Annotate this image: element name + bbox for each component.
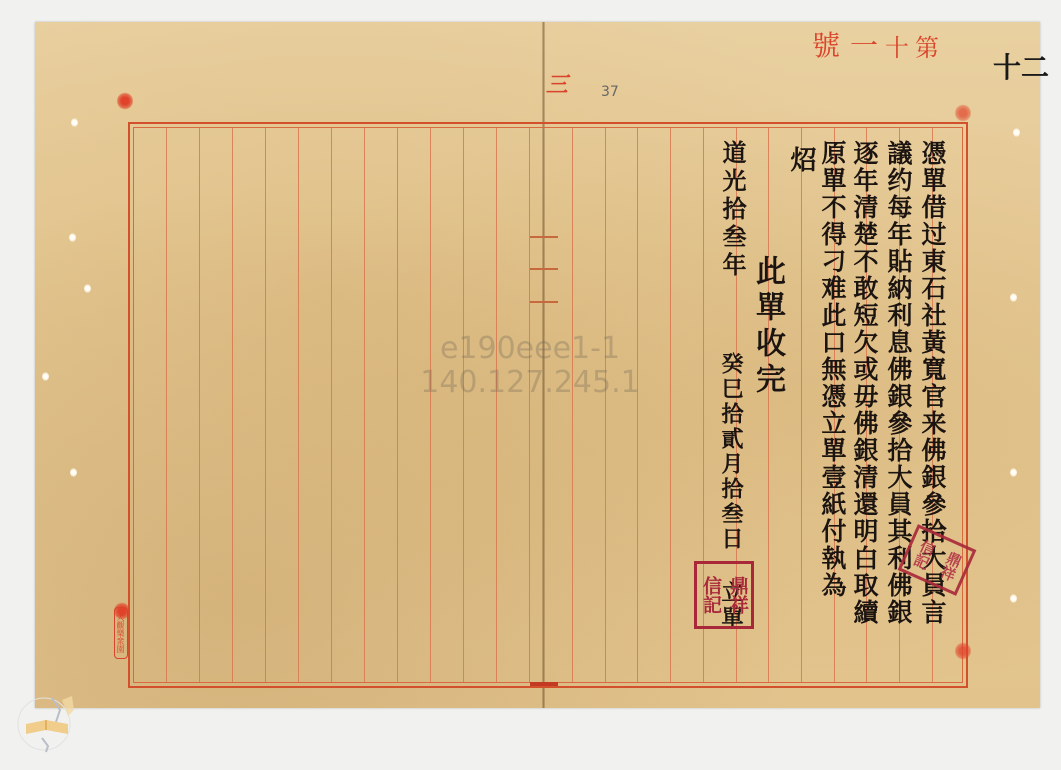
binding-hole [1010, 594, 1017, 603]
binding-hole [1010, 293, 1017, 302]
gutter-crossbar [530, 268, 558, 270]
column-rule-line [364, 128, 365, 682]
gutter-crossbar [530, 236, 558, 238]
binding-hole [84, 284, 91, 293]
red-annotation-di: 第 [915, 28, 939, 63]
binding-hole [71, 118, 78, 127]
gutter-crossbar [530, 301, 558, 303]
contract-column-5: 炤 [788, 146, 814, 174]
page-number: 十二 [993, 46, 1049, 86]
column-rule-line [232, 128, 233, 682]
binding-hole [1013, 128, 1020, 137]
date-line: 道光拾叁年 [720, 140, 744, 280]
column-rule-line [166, 128, 167, 682]
red-annotation-number: 號一 [812, 24, 888, 64]
library-logo-icon [12, 690, 92, 760]
column-rule-line [265, 128, 266, 682]
seal-text-right: 鼎祥 [728, 576, 747, 614]
receipt-completed-note: 此單收完 [752, 255, 782, 399]
gutter-crossbar [530, 682, 558, 686]
column-rule-line [670, 128, 671, 682]
column-rule-line [529, 128, 530, 682]
binding-hole [42, 372, 49, 381]
column-rule-line [496, 128, 497, 682]
seal-text-left: 信記 [701, 576, 720, 614]
red-annotation-ten: 十 [885, 28, 909, 63]
red-seal-mark [955, 642, 971, 660]
seal-text-right: 鼎祥 [937, 549, 963, 583]
contract-column-3: 逐年清楚不敢短欠或毋佛銀清還明白取續 [852, 140, 877, 626]
seal-text-left: 信記 [911, 537, 937, 571]
column-rule-line [430, 128, 431, 682]
red-seal-mark [955, 104, 971, 122]
binding-hole [70, 468, 77, 477]
column-rule-line [768, 128, 769, 682]
column-rule-line [572, 128, 573, 682]
column-rule-line [801, 128, 802, 682]
archive-seal: 大觀樂衆園 [114, 607, 128, 659]
column-rule-line [199, 128, 200, 682]
binding-hole [1010, 468, 1017, 477]
contract-column-4: 原單不得刁难此口無憑立單壹紙付執為 [820, 140, 845, 599]
column-rule-line [397, 128, 398, 682]
column-rule-line [605, 128, 606, 682]
red-seal-mark [117, 92, 133, 110]
watermark-line-2: 140.127.245.1 [395, 366, 665, 400]
pencil-page-number: 37 [601, 84, 619, 100]
watermark: e190eee1-1 140.127.245.1 [395, 332, 665, 400]
column-rule-line [331, 128, 332, 682]
watermark-line-1: e190eee1-1 [395, 332, 665, 366]
column-rule-line [298, 128, 299, 682]
merchant-seal-square: 鼎祥 信記 [694, 561, 754, 629]
binding-hole [69, 233, 76, 242]
column-rule-line [637, 128, 638, 682]
column-rule-line [463, 128, 464, 682]
